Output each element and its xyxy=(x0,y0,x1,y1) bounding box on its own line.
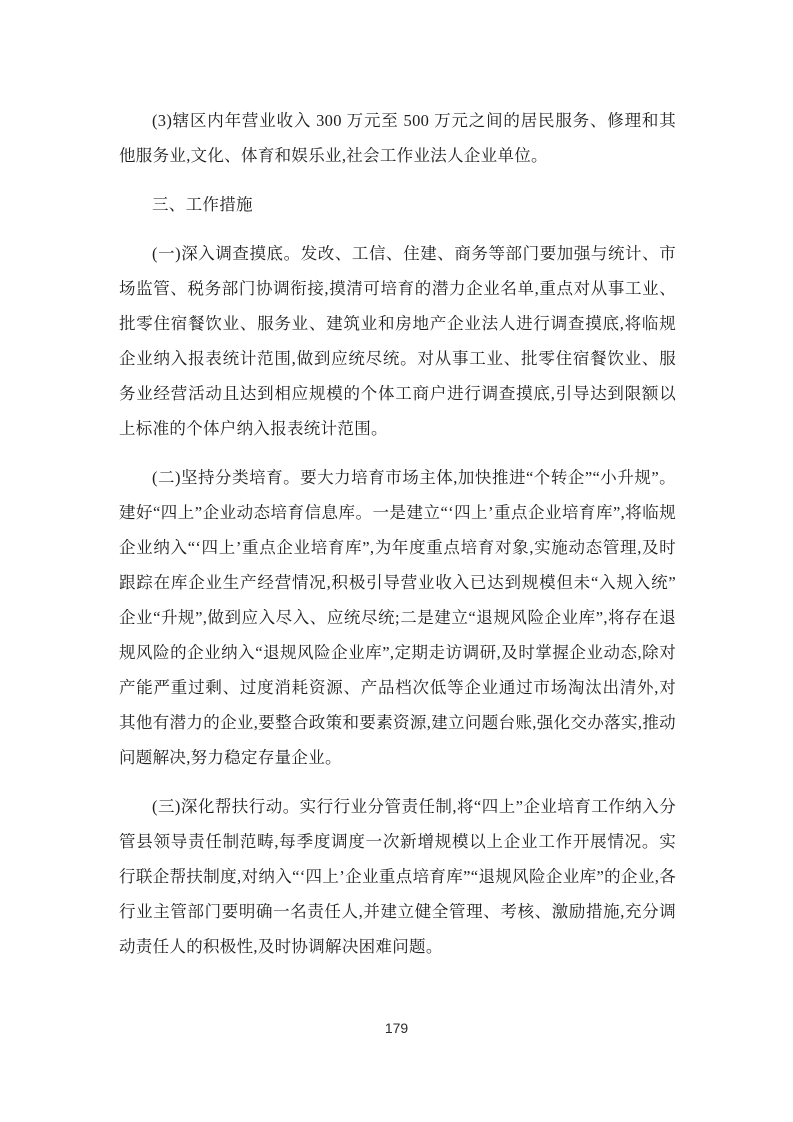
page-number: 179 xyxy=(0,1020,793,1036)
paragraph-measure-2: (二)坚持分类培育。要大力培育市场主体,加快推进“个转企”“小升规”。建好“四上… xyxy=(119,460,676,775)
document-page: (3)辖区内年营业收入 300 万元至 500 万元之间的居民服务、修理和其他服… xyxy=(0,0,793,1122)
paragraph-measure-3: (三)深化帮扶行动。实行行业分管责任制,将“四上”企业培育工作纳入分管县领导责任… xyxy=(119,789,676,964)
section-heading-work-measures: 三、工作措施 xyxy=(119,187,676,222)
paragraph-item-3: (3)辖区内年营业收入 300 万元至 500 万元之间的居民服务、修理和其他服… xyxy=(119,103,676,173)
paragraph-measure-1: (一)深入调查摸底。发改、工信、住建、商务等部门要加强与统计、市场监管、税务部门… xyxy=(119,236,676,446)
document-body: (3)辖区内年营业收入 300 万元至 500 万元之间的居民服务、修理和其他服… xyxy=(119,103,676,978)
